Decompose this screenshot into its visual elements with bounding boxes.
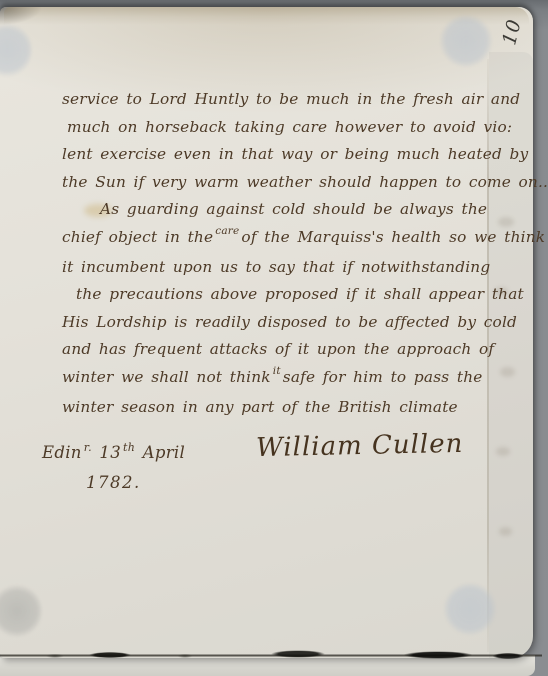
manuscript-line: and has frequent attacks of it upon the … (62, 336, 482, 364)
line-segment: service to Lord Huntly to be much in the… (62, 90, 520, 108)
ink-show-through-mark (500, 367, 515, 377)
manuscript-line: it incumbent upon us to say that if notw… (62, 254, 482, 282)
line-segment: lent exercise even in that way or being … (62, 145, 528, 163)
ink-show-through-mark (499, 527, 512, 536)
signature-william-cullen: William Cullen (256, 429, 464, 463)
line-segment: His Lordship is readily disposed to be a… (62, 313, 517, 331)
underlying-page-edge (0, 655, 535, 676)
letter-body: service to Lord Huntly to be much in the… (62, 86, 482, 421)
letter-year: 1782. (86, 473, 141, 492)
weight-spot-bottom-right (444, 583, 496, 635)
inserted-word: th (123, 441, 135, 454)
weight-spot-top-right (440, 15, 492, 67)
line-segment: As guarding against cold should be alway… (100, 200, 487, 218)
manuscript-line: chief object in thecareof the Marquiss's… (62, 224, 482, 254)
manuscript-page: 10 service to Lord Huntly to be much in … (0, 7, 533, 658)
line-segment: and has frequent attacks of it upon the … (62, 340, 494, 358)
folio-number: 10 (498, 17, 526, 48)
underlying-leaf-strip (489, 52, 533, 658)
manuscript-line: the precautions above proposed if it sha… (62, 281, 482, 309)
line-segment: it incumbent upon us to say that if notw… (62, 258, 490, 276)
line-segment: of the Marquiss's health so we think (241, 228, 545, 246)
manuscript-line: winter season in any part of the British… (62, 394, 482, 422)
manuscript-line: service to Lord Huntly to be much in the… (62, 86, 482, 114)
letter-dateline: Edinr. 13th April (42, 443, 185, 462)
line-segment: the Sun if very warm weather should happ… (62, 173, 548, 191)
weight-spot-top-left (0, 23, 32, 77)
line-segment: winter we shall not think (62, 368, 271, 386)
inserted-word: it (273, 365, 281, 377)
line-segment: the precautions above proposed if it sha… (76, 285, 524, 303)
inserted-word: r. (84, 441, 92, 454)
manuscript-line: the Sun if very warm weather should happ… (62, 169, 482, 197)
manuscript-line: As guarding against cold should be alway… (62, 196, 482, 224)
manuscript-line: His Lordship is readily disposed to be a… (62, 309, 482, 337)
line-segment: 13 (94, 443, 121, 462)
weight-spot-bottom-left (0, 585, 42, 637)
ink-show-through-mark (498, 217, 514, 227)
manuscript-line: much on horseback taking care however to… (62, 114, 482, 142)
line-segment: chief object in the (62, 228, 213, 246)
line-segment: much on horseback taking care however to… (67, 118, 512, 136)
line-segment: winter season in any part of the British… (62, 398, 458, 416)
manuscript-line: lent exercise even in that way or being … (62, 141, 482, 169)
inserted-word: care (215, 225, 239, 237)
line-segment: Edin (42, 443, 82, 462)
manuscript-line: winter we shall not thinkitsafe for him … (62, 364, 482, 394)
line-segment: April (137, 443, 185, 462)
ink-show-through-mark (496, 447, 510, 456)
line-segment: safe for him to pass the (283, 368, 483, 386)
manuscript-photo: 10 service to Lord Huntly to be much in … (0, 0, 548, 676)
